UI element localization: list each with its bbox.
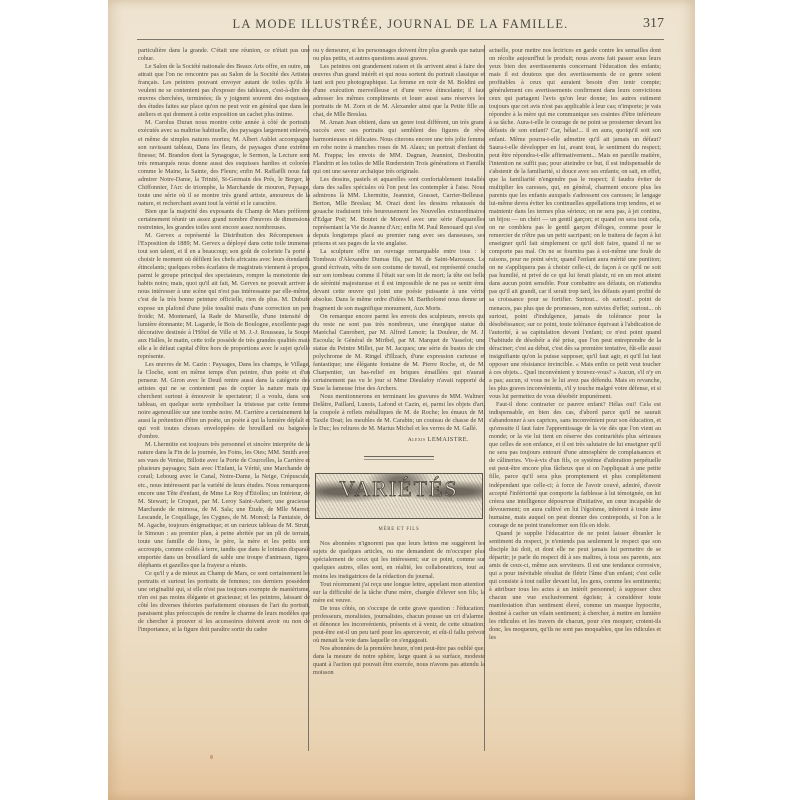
section-banner-varietes: VARIÉTÉS <box>315 473 483 519</box>
column-1: particulière dans la grande. C'était une… <box>138 47 310 755</box>
paragraph: Le Salon de la Société nationale des Bea… <box>138 63 310 119</box>
paragraph: M. Lhermitte est toujours très personnel… <box>138 441 310 570</box>
paragraph: Bien que la majorité des exposants du Ch… <box>138 208 310 232</box>
running-title: LA MODE ILLUSTRÉE, JOURNAL DE LA FAMILLE… <box>137 17 664 32</box>
paragraph: M. Gervex a représenté la Distribution d… <box>138 232 310 361</box>
column-2: ou y demeurer, si les personnages doiven… <box>313 47 485 755</box>
paragraph: Nous mentionnerons en terminant les grav… <box>313 393 485 433</box>
paragraph: Tout récemment j'ai reçu une longue lett… <box>313 581 485 605</box>
paragraph: M. Aman Jean obtient, dans un genre tout… <box>313 119 485 175</box>
section-banner-label: VARIÉTÉS <box>316 485 482 493</box>
ornament-divider <box>364 456 434 460</box>
paragraph: Nos abonnées de la première heure, n'ont… <box>313 645 485 677</box>
paper-stain <box>210 755 213 759</box>
paragraph: M. Carolus Duran nous montre cette année… <box>138 119 310 208</box>
paragraph: ou y demeurer, si les personnages doiven… <box>313 47 485 63</box>
column-3: actuelle, pour mettre nos lectrices en g… <box>489 47 661 755</box>
signature-first-name: Alexis <box>408 437 426 443</box>
article-signature: Alexis LEMAISTRE. <box>313 436 485 444</box>
paragraph: Nos abonnées n'ignorent pas que leurs le… <box>313 540 485 580</box>
paragraph: Les peintres ont grandement raison et il… <box>313 63 485 119</box>
header-rule <box>137 39 664 40</box>
section-subtitle: MÈRE ET FILS <box>313 526 485 534</box>
paragraph: On remarque encore parmi les envois des … <box>313 313 485 393</box>
paragraph: Les œuvres de M. Cazin : Paysages, Dans … <box>138 361 310 441</box>
running-header: LA MODE ILLUSTRÉE, JOURNAL DE LA FAMILLE… <box>137 16 664 34</box>
paragraph: De tous côtés, on s'occupe de cette grav… <box>313 605 485 645</box>
page-number: 317 <box>643 16 664 32</box>
paragraph: actuelle, pour mettre nos lectrices en g… <box>489 47 661 401</box>
paragraph: La sculpture offre un ouvrage remarquabl… <box>313 248 485 312</box>
paragraph: particulière dans la grande. C'était une… <box>138 47 310 63</box>
paragraph: Quand je supplie l'éducatrice de ne poin… <box>489 530 661 643</box>
signature-last-name: LEMAISTRE. <box>428 436 469 443</box>
paragraph: Les dessins, pastels et aquarelles sont … <box>313 176 485 248</box>
paragraph: Faut-il donc contrarier ce pauvre enfant… <box>489 401 661 530</box>
paragraph: Ce qu'il y a de mieux au Champ de Mars, … <box>138 570 310 634</box>
